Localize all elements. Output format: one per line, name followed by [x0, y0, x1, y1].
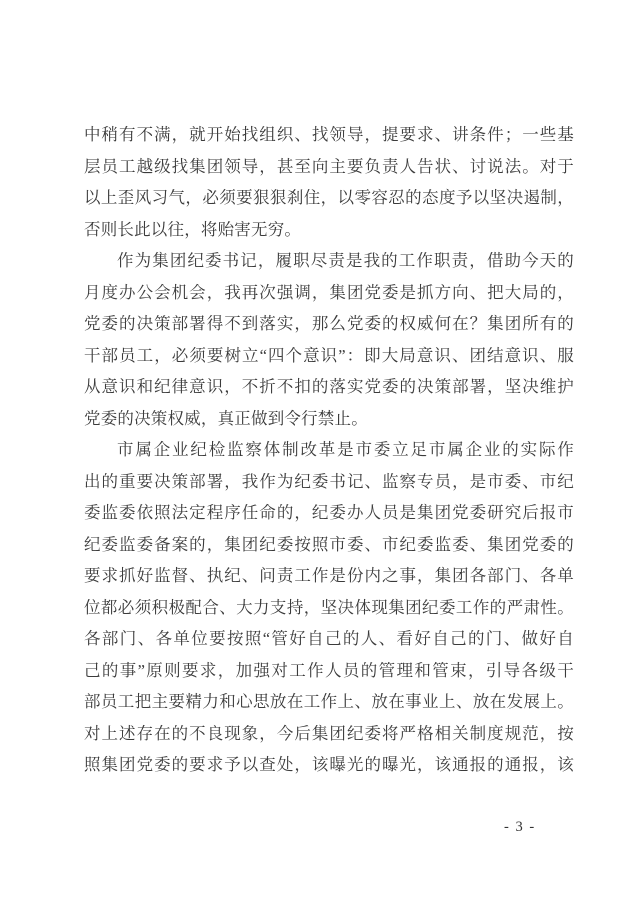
text-line: 党委的决策部署得不到落实，那么党委的权威何在？集团所有的 — [84, 308, 574, 340]
text-line: 位都必须积极配合、大力支持，坚决体现集团纪委工作的严肃性。 — [84, 592, 574, 624]
text-line: 中稍有不满，就开始找组织、找领导，提要求、讲条件；一些基 — [84, 119, 574, 151]
text-line: 委监委依照法定程序任命的，纪委办人员是集团党委研究后报市 — [84, 497, 574, 529]
text-line: 否则长此以往，将贻害无穷。 — [84, 214, 574, 246]
text-line: 层员工越级找集团领导，甚至向主要负责人告状、讨说法。对于 — [84, 151, 574, 183]
text-line: 对上述存在的不良现象，今后集团纪委将严格相关制度规范，按 — [84, 718, 574, 750]
text-line: 纪委监委备案的，集团纪委按照市委、市纪委监委、集团党委的 — [84, 529, 574, 561]
text-line: 以上歪风习气，必须要狠狠刹住，以零容忍的态度予以坚决遏制， — [84, 182, 574, 214]
document-body: 中稍有不满，就开始找组织、找领导，提要求、讲条件；一些基层员工越级找集团领导，甚… — [84, 119, 574, 781]
text-line: 从意识和纪律意识，不折不扣的落实党委的决策部署，坚决维护 — [84, 371, 574, 403]
text-line: 市属企业纪检监察体制改革是市委立足市属企业的实际作 — [84, 434, 574, 466]
document-page: 中稍有不满，就开始找组织、找领导，提要求、讲条件；一些基层员工越级找集团领导，甚… — [0, 0, 636, 900]
text-line: 党委的决策权威，真正做到令行禁止。 — [84, 403, 574, 435]
text-line: 各部门、各单位要按照“管好自己的人、看好自己的门、做好自 — [84, 623, 574, 655]
text-line: 要求抓好监督、执纪、问责工作是份内之事，集团各部门、各单 — [84, 560, 574, 592]
text-line: 干部员工，必须要树立“四个意识”：即大局意识、团结意识、服 — [84, 340, 574, 372]
text-line: 己的事”原则要求，加强对工作人员的管理和管束，引导各级干 — [84, 655, 574, 687]
text-line: 作为集团纪委书记，履职尽责是我的工作职责，借助今天的 — [84, 245, 574, 277]
text-line: 部员工把主要精力和心思放在工作上、放在事业上、放在发展上。 — [84, 686, 574, 718]
text-line: 月度办公会机会，我再次强调，集团党委是抓方向、把大局的， — [84, 277, 574, 309]
page-number: - 3 - — [504, 818, 574, 836]
text-line: 出的重要决策部署，我作为纪委书记、监察专员，是市委、市纪 — [84, 466, 574, 498]
text-line: 照集团党委的要求予以查处，该曝光的曝光，该通报的通报，该 — [84, 749, 574, 781]
